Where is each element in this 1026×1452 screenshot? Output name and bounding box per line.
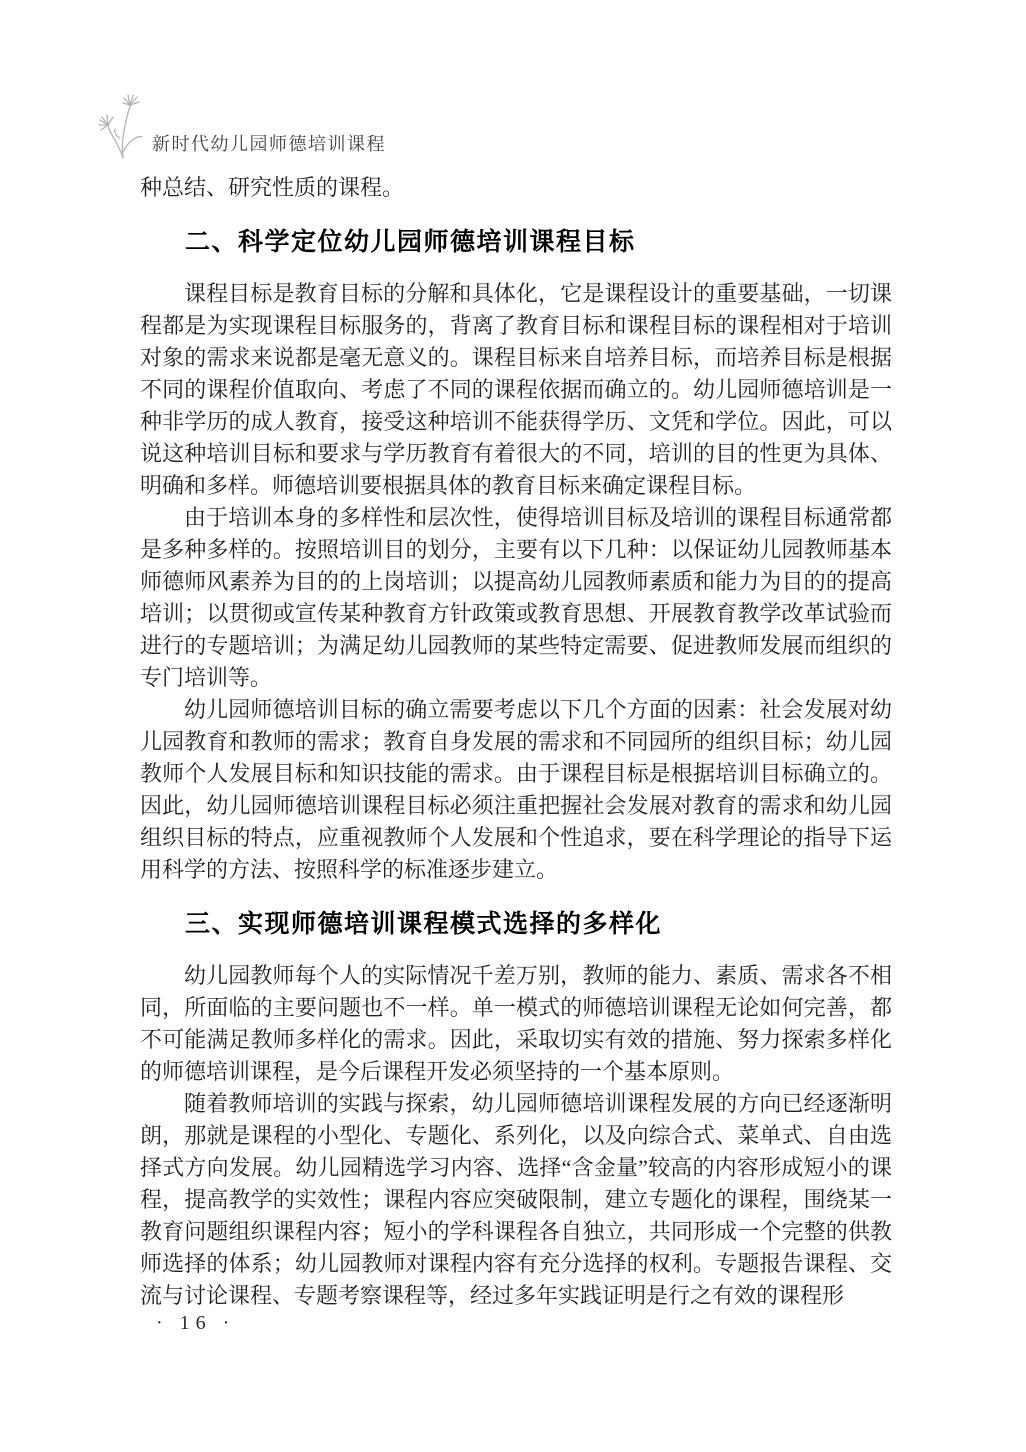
paragraph-continuation: 种总结、研究性质的课程。 <box>140 172 892 204</box>
page-number: · 16 · <box>156 1312 235 1334</box>
section-heading-mode-diversification: 三、实现师德培训课程模式选择的多样化 <box>140 906 892 942</box>
running-header-title: 新时代幼儿园师德培训课程 <box>148 130 386 162</box>
flower-sprig-icon <box>96 92 148 162</box>
page-footer: · 16 · <box>156 1312 235 1335</box>
section-heading-science-positioning: 二、科学定位幼儿园师德培训课程目标 <box>140 224 892 260</box>
page-body: 种总结、研究性质的课程。 二、科学定位幼儿园师德培训课程目标 课程目标是教育目标… <box>140 172 892 1312</box>
paragraph-teacher-diversity: 幼儿园教师每个人的实际情况千差万别，教师的能力、素质、需求各不相同，所面临的主要… <box>140 960 892 1088</box>
running-header: 新时代幼儿园师德培训课程 <box>96 92 386 162</box>
paragraph-course-development-trend: 随着教师培训的实践与探索，幼儿园师德培训课程发展的方向已经逐渐明朗，那就是课程的… <box>140 1088 892 1312</box>
book-page: 新时代幼儿园师德培训课程 种总结、研究性质的课程。 二、科学定位幼儿园师德培训课… <box>0 0 1026 1452</box>
paragraph-goal-factors: 幼儿园师德培训目标的确立需要考虑以下几个方面的因素：社会发展对幼儿园教育和教师的… <box>140 694 892 886</box>
paragraph-training-types: 由于培训本身的多样性和层次性，使得培训目标及培训的课程目标通常都是多种多样的。按… <box>140 502 892 694</box>
paragraph-course-goal-definition: 课程目标是教育目标的分解和具体化，它是课程设计的重要基础，一切课程都是为实现课程… <box>140 278 892 502</box>
